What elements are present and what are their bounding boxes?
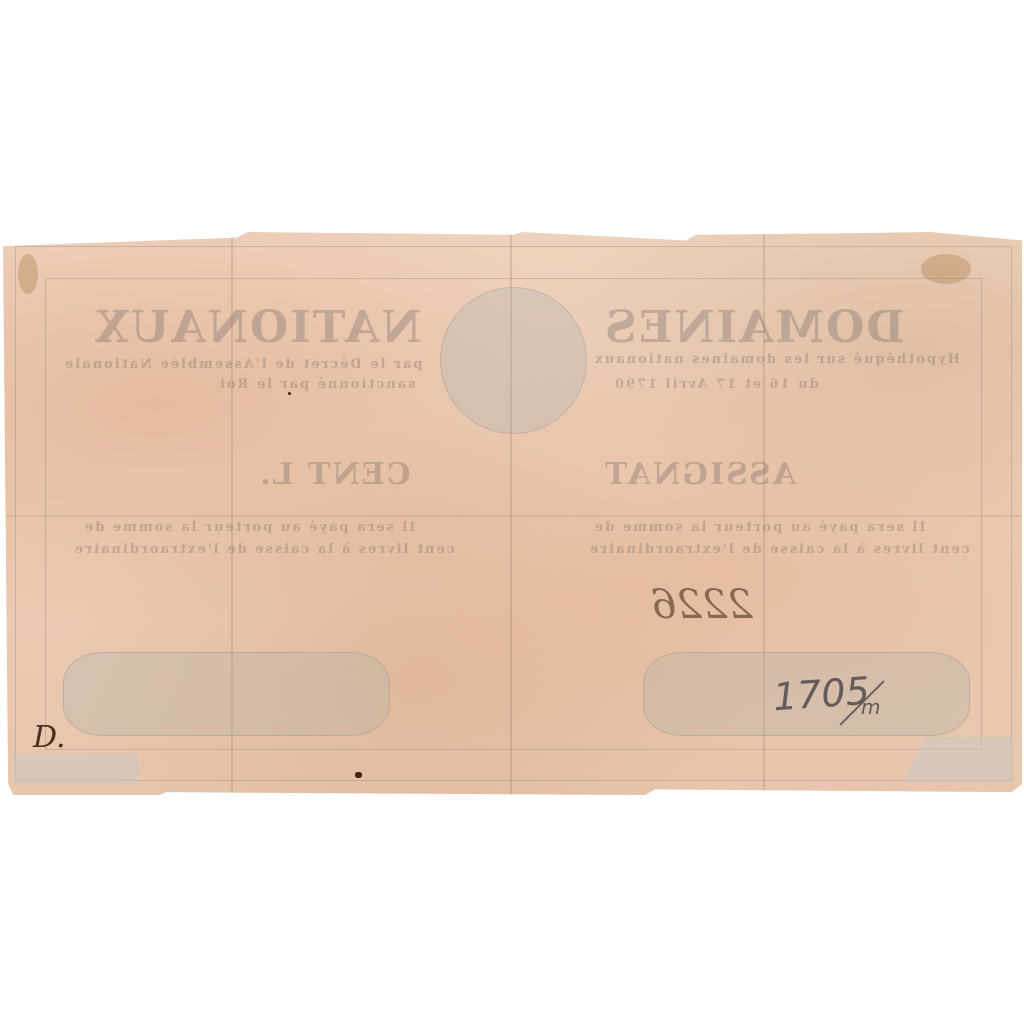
show-through-line: du 16 et 17 Avril 1790 <box>613 377 819 392</box>
show-through-title-left: NATIONAUX <box>93 302 421 353</box>
show-through-line: cent livres à la caisse de l'extraordina… <box>588 542 970 557</box>
stain <box>921 254 971 284</box>
show-through-line: cent livres à la caisse de l'extraordina… <box>73 542 455 557</box>
stain <box>18 254 38 294</box>
banknote: NATIONAUX par le Décret de l'Assemblée N… <box>3 232 1022 795</box>
handwritten-initial: D. <box>33 720 66 755</box>
show-through-line: Hypothéqué sur les domaines nationaux <box>593 352 960 367</box>
ink-spot <box>355 772 362 778</box>
pencil-number: 1705 <box>772 669 872 720</box>
seal-medallion <box>440 287 587 434</box>
show-through-title-right: DOMAINES <box>603 302 904 353</box>
show-through-line: Il sera payé au porteur la somme de <box>83 520 415 535</box>
show-through-line: par le Décret de l'Assemblée Nationale <box>63 357 422 372</box>
handwritten-serial: 2226 <box>651 582 753 628</box>
show-through-denomination: CENT L. <box>258 457 410 492</box>
show-through-assignat: ASSIGNAT <box>603 457 796 492</box>
repair-tape <box>13 754 138 784</box>
pencil-initials: m <box>861 695 880 719</box>
ink-spot <box>288 392 291 395</box>
show-through-line: Il sera payé au porteur la somme de <box>593 520 925 535</box>
show-through-line: sanctionné par le Roi <box>218 377 415 392</box>
cartouche-left <box>63 652 390 736</box>
